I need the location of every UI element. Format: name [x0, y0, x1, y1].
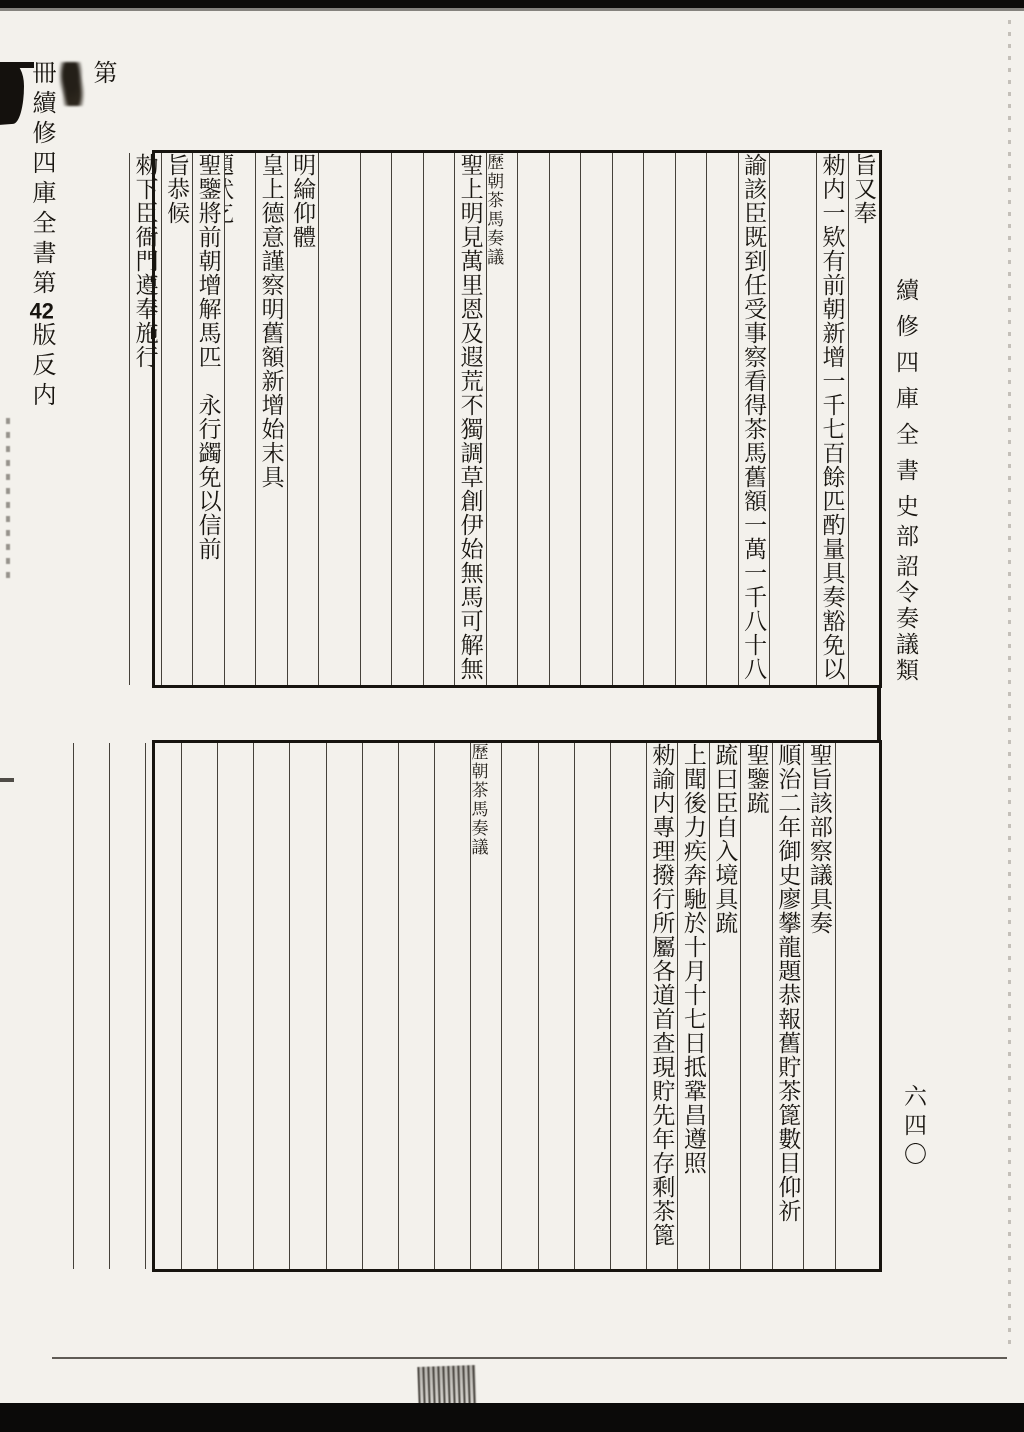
text-column: 勑諭内專理撥行所屬各道首查現貯先年存剩茶篦數: [646, 743, 678, 1269]
scan-right-edge-dots: [1008, 20, 1011, 1350]
text-column: 旨恭候: [161, 153, 193, 685]
text-column: 明綸仰體: [287, 153, 319, 685]
upper-text-block: 旨又奉勑内一欵有前朝新增一千七百餘匹酌量具奏豁免以甦解戶之諭該臣既到任受事察看得…: [152, 150, 882, 688]
left-margin-series-title: 續修四庫全書: [28, 90, 54, 270]
banxin-book-title: 歷朝茶馬奏議: [470, 743, 494, 1269]
text-column: 二百四十八篦又報茸州司現在蘭州庫貯黑黃茶: [145, 743, 181, 1269]
text-column: 諭該臣既到任受事察看得茶馬舊額一萬一千八十八: [738, 153, 770, 685]
text-column: 截破頭湖巴山黃茶一萬三千三百五十五篦零二: [289, 743, 325, 1269]
plate-number: 42: [29, 300, 54, 322]
text-column: 巴山黃茶五千五百七十七截又零碎茶一萬三千: [434, 743, 470, 1269]
text-column: 聖上明見萬里恩及遐荒不獨調草創伊始無馬可解無: [454, 153, 486, 685]
text-column: 三百截又零二千五百斤又報岷州分貯現在黑黃: [398, 743, 434, 1269]
text-column: 甦解戶之: [769, 153, 816, 685]
text-column: 百斤又零六千一百截順治二年正月起至今止並: [253, 743, 289, 1269]
text-column: 匹原以備邊初無解京之例自崇禎三年始議洮河: [706, 153, 738, 685]
category-label: 詔令奏議類: [893, 554, 918, 684]
text-column: 道副使桂總舉冊報洮州司順治元年十二月終止: [574, 743, 610, 1269]
scan-bottom-rule: [52, 1357, 1007, 1359]
volume-prefix: 第: [89, 60, 115, 90]
text-column: 銀茍若科費不敷加以中途倒斃行退回不堪發換: [612, 153, 644, 685]
scan-top-edge-shadow: [0, 8, 1024, 11]
plate-note: 版反内: [28, 322, 54, 412]
text-column: 聖旨該部察議具奏: [803, 743, 835, 1269]
text-column: 聖鑒䟽: [740, 743, 772, 1269]
text-column: 奉: [835, 743, 879, 1269]
text-column: 免苑寺二百七十匹止解一千七百三十匹但年年: [549, 153, 581, 685]
scan-corner-blotch: [0, 61, 24, 125]
text-column: 聖鑒將前朝增解馬匹 永行蠲免以信前: [192, 153, 224, 685]
smudged-volume-number: [59, 62, 85, 106]
text-column: 順治二年御史廖攀龍題恭報舊貯茶篦數目仰祈: [772, 743, 804, 1269]
series-title: 續修四庫全書: [893, 278, 918, 494]
text-column: 明季增馬解京究無濟於軍需徒貽苦累於窮邊也: [360, 153, 392, 685]
text-column: 現在存貯朽腐不堪舊黑黃茶七千九十九篦半堪: [538, 743, 574, 1269]
text-column: 二千三百九十九篦半遠年浥爛不堪陳茶六千六: [109, 743, 145, 1269]
text-column: 馬蕃亦宜仍照舊額再留為三邊重地之用不宜如: [391, 153, 423, 685]
scan-top-edge: [0, 0, 1024, 8]
text-column: 題伏乞: [224, 153, 256, 685]
text-column: 無運到新茶無憑開中又據臨鞏道右參議夏揚名: [217, 743, 253, 1269]
left-margin-annotation: 第冊續修四庫全書第42版反内: [24, 60, 120, 620]
text-column: 黃茶一千八百八十六篦半零十八斤遠年朽腐半: [326, 743, 362, 1269]
text-column: 冊報河州司順治二年九月終止現在貯庫黑黃茶: [181, 743, 217, 1269]
lower-text-columns: 奉聖旨該部察議具奏順治二年御史廖攀龍題恭報舊貯茶篦數目仰祈聖鑒䟽䟽曰臣自入境具䟽…: [155, 743, 879, 1269]
text-column: 目緣地方遼闊往返動經月餘至十一月內據洮岷: [610, 743, 646, 1269]
banxin-book-title: 歷朝茶馬奏議: [486, 153, 510, 685]
text-column: 百零七篦又三千四百六十八截又據西寧道副使: [73, 743, 109, 1269]
scan-left-scribble: [6, 418, 10, 578]
text-column: 茶八百九十篦半零二斤遠年爛損半截破頭舊黑: [362, 743, 398, 1269]
text-column: 勑下臣衙門遵奉施行: [129, 153, 161, 685]
section-label: 史部: [893, 494, 918, 554]
banxin-column: 歷朝茶馬奏議清四舊貯一: [470, 743, 502, 1269]
text-column: 之馬搭配起解而解戶之賠累極矣崇禎九年議量: [580, 153, 612, 685]
lower-text-block: 奉聖旨該部察議具奏順治二年御史廖攀龍題恭報舊貯茶篦數目仰祈聖鑒䟽䟽曰臣自入境具䟽…: [152, 740, 882, 1272]
text-column: 皇上德意謹察明舊額新增始末具: [255, 153, 287, 685]
scan-bottom-smudge: [417, 1365, 476, 1407]
text-column: 西莊增解一千五百匹苑寺增解五百匹行粮草料: [675, 153, 707, 685]
upper-text-columns: 旨又奉勑内一欵有前朝新增一千七百餘匹酌量具奏豁免以甦解戶之諭該臣既到任受事察看得…: [155, 153, 879, 685]
banxin-column: 歷朝茶馬奏議清三編九一: [486, 153, 518, 685]
scan-bottom-edge: [0, 1403, 1024, 1432]
text-column: 費可措新增馬匹自應全蠲即後來時平路通茶裕: [423, 153, 455, 685]
text-column: 臣捧讀: [318, 153, 360, 685]
plate-prefix: 第: [28, 270, 54, 300]
scanned-book-page: 第冊續修四庫全書第42版反内 續修四庫全書史部詔令奏議類 六四〇 旨又奉勑内一欵…: [0, 0, 1024, 1432]
text-column: 用黑黃茶七百六十九篦零七斤遠年陳腐浥爛湖: [501, 743, 537, 1269]
volume-suffix: 冊: [28, 60, 54, 90]
scan-left-mark: [0, 778, 14, 782]
text-column: 拖欠虛有增解之名竟無足額之實今: [517, 153, 549, 685]
text-column: 約費萬金搜括茶課馬價騾朋地畝及增設新餉等: [643, 153, 675, 685]
text-column: 上聞後力疾奔馳於十月十七日抵鞏昌遵照: [677, 743, 709, 1269]
folio-number: 六四〇: [897, 1084, 930, 1171]
text-column: 䟽曰臣自入境具䟽: [709, 743, 741, 1269]
text-column: 勑内一欵有前朝新增一千七百餘匹酌量具奏豁免以: [816, 153, 848, 685]
text-column: 旨又奉: [848, 153, 880, 685]
right-margin-titles: 續修四庫全書史部詔令奏議類: [889, 278, 922, 738]
